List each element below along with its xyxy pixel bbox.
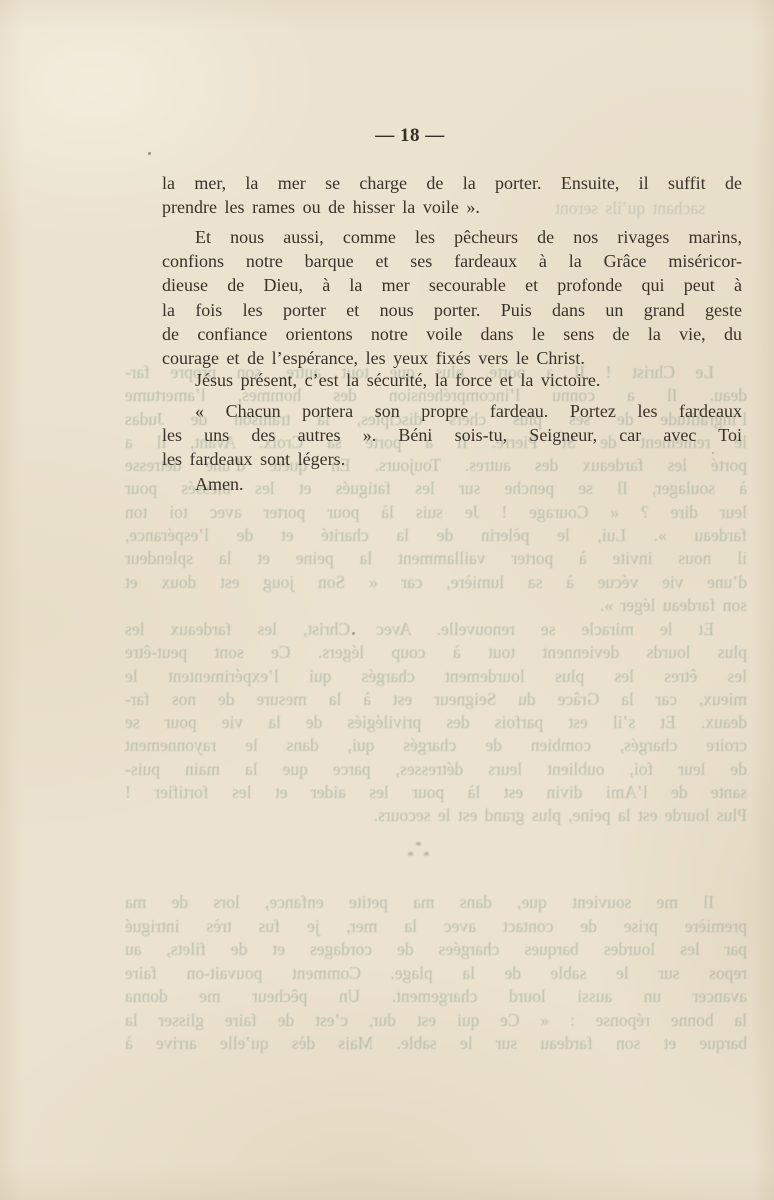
- text-line: les fardeaux sont légers.: [162, 447, 742, 471]
- paragraph: Jésus présent, c’est la sécurité, la for…: [162, 368, 742, 392]
- print-layer: — 18 — la mer, la mer se charge de la po…: [0, 0, 774, 1200]
- paragraph: Et nous aussi, comme les pêcheurs de nos…: [162, 225, 742, 370]
- text-line: confions notre barque et ses fardeaux à …: [162, 249, 742, 273]
- text-line: de confiance orientons notre voile dans …: [162, 322, 742, 346]
- paper-speck: [712, 452, 714, 454]
- text-line: Et nous aussi, comme les pêcheurs de nos…: [162, 225, 742, 249]
- text-line: la fois les porter et nous porter. Puis …: [162, 298, 742, 322]
- paper-speck: [352, 632, 355, 635]
- amen-paragraph: Amen.: [162, 472, 742, 496]
- text-line: Amen.: [162, 472, 742, 496]
- text-line: prendre les rames ou de hisser la voile …: [162, 195, 742, 219]
- paper-speck: [148, 152, 151, 155]
- text-line: Jésus présent, c’est la sécurité, la for…: [162, 368, 742, 392]
- text-line: la mer, la mer se charge de la porter. E…: [162, 171, 742, 195]
- paragraph: « Chacun portera son propre fardeau. Por…: [162, 399, 742, 472]
- text-line: courage et de l’espérance, les yeux fixé…: [162, 346, 742, 370]
- text-line: les uns des autres ». Béni sois-tu, Seig…: [162, 423, 742, 447]
- paragraph: la mer, la mer se charge de la porter. E…: [162, 171, 742, 219]
- text-line: dieuse de Dieu, à la mer secourable et p…: [162, 273, 742, 297]
- text-line: « Chacun portera son propre fardeau. Por…: [162, 399, 742, 423]
- scanned-page: sachant qu’ils seront Le Christ ! Il a p…: [0, 0, 774, 1200]
- page-number: — 18 —: [0, 126, 774, 146]
